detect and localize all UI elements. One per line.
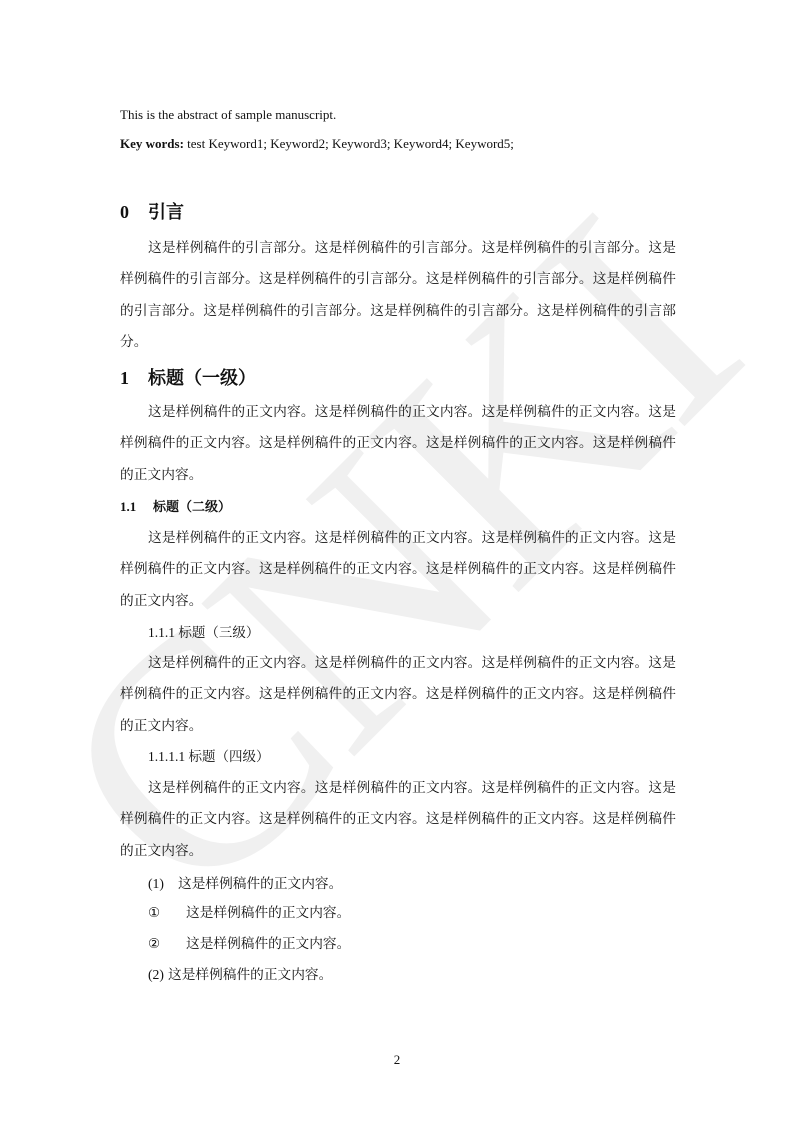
list-item: ①这是样例稿件的正文内容。 — [148, 905, 350, 921]
keywords-line: Key words: test Keyword1; Keyword2; Keyw… — [120, 136, 514, 152]
list-marker: (2) — [148, 967, 168, 983]
page-number: 2 — [0, 1052, 794, 1068]
list-item: (2)这是样例稿件的正文内容。 — [148, 967, 332, 983]
section-heading-1: 1标题（一级） — [120, 367, 256, 389]
level4-heading: 1.1.1.1 标题（四级） — [148, 749, 270, 765]
list-marker: ② — [148, 936, 186, 952]
section-title: 引言 — [148, 202, 184, 222]
list-text: 这是样例稿件的正文内容。 — [178, 876, 342, 891]
subsubsection-heading: 1.1.1 标题（三级） — [148, 625, 259, 641]
keywords-label: Key words: — [120, 136, 184, 151]
subsection-number: 1.1 — [120, 499, 153, 515]
intro-paragraph: 这是样例稿件的引言部分。这是样例稿件的引言部分。这是样例稿件的引言部分。这是样例… — [120, 232, 676, 357]
document-page: CNKI This is the abstract of sample manu… — [0, 0, 794, 1123]
list-text: 这是样例稿件的正文内容。 — [186, 905, 350, 920]
level4-paragraph: 这是样例稿件的正文内容。这是样例稿件的正文内容。这是样例稿件的正文内容。这是样例… — [120, 772, 676, 866]
list-marker: (1) — [148, 876, 178, 892]
section-number: 0 — [120, 201, 148, 223]
section-1-paragraph: 这是样例稿件的正文内容。这是样例稿件的正文内容。这是样例稿件的正文内容。这是样例… — [120, 396, 676, 490]
subsection-title: 标题（二级） — [153, 499, 231, 514]
list-text: 这是样例稿件的正文内容。 — [186, 936, 350, 951]
list-text: 这是样例稿件的正文内容。 — [168, 967, 332, 982]
abstract-text: This is the abstract of sample manuscrip… — [120, 107, 336, 123]
section-number: 1 — [120, 367, 148, 389]
subsection-paragraph: 这是样例稿件的正文内容。这是样例稿件的正文内容。这是样例稿件的正文内容。这是样例… — [120, 522, 676, 616]
subsection-heading: 1.1标题（二级） — [120, 499, 231, 515]
keywords-value: test Keyword1; Keyword2; Keyword3; Keywo… — [184, 136, 514, 151]
list-item: (1)这是样例稿件的正文内容。 — [148, 876, 342, 892]
subsubsection-paragraph: 这是样例稿件的正文内容。这是样例稿件的正文内容。这是样例稿件的正文内容。这是样例… — [120, 647, 676, 741]
section-title: 标题（一级） — [148, 368, 256, 388]
section-heading-0: 0引言 — [120, 201, 184, 223]
list-marker: ① — [148, 905, 186, 921]
list-item: ②这是样例稿件的正文内容。 — [148, 936, 350, 952]
